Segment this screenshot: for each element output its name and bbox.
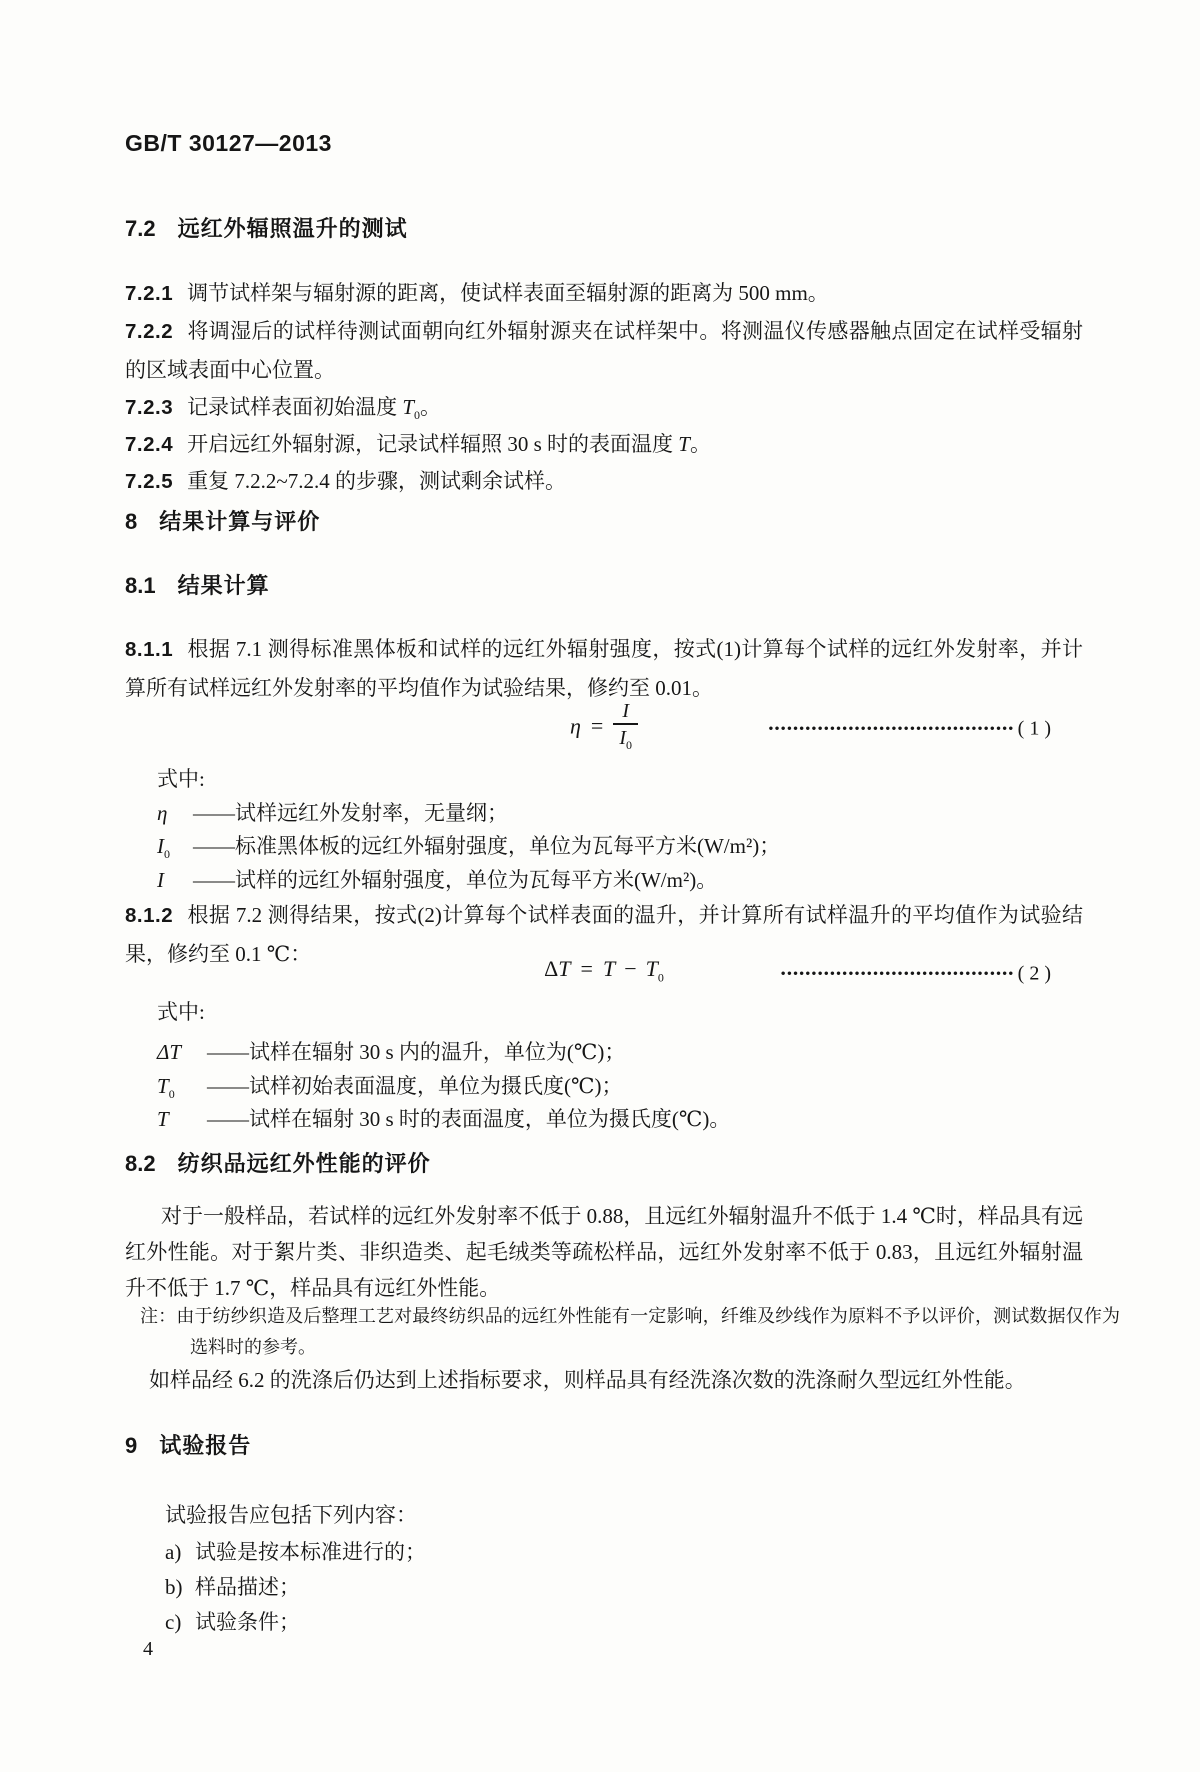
clause-7-2-3-period: 。 bbox=[420, 395, 441, 419]
report-item-b-text: 样品描述； bbox=[195, 1575, 300, 1599]
standard-number-header: GB/T 30127—2013 bbox=[125, 130, 1083, 156]
note-label: 注： bbox=[140, 1306, 176, 1326]
where-label-1: 式中: bbox=[125, 763, 1115, 795]
fraction-denominator-I0: I0 bbox=[613, 723, 638, 758]
heading-8-number: 8 bbox=[125, 509, 137, 534]
var-T0: T bbox=[157, 1074, 169, 1098]
var-I0-subscript: 0 bbox=[626, 738, 632, 752]
formula-2-expression: ΔT=T−T0 bbox=[544, 950, 664, 996]
definition-deltaT-symbol: ΔT bbox=[157, 1036, 207, 1069]
report-item-c-label: c) bbox=[165, 1605, 195, 1639]
report-item-b: b)样品描述； bbox=[125, 1570, 1123, 1604]
heading-7-2: 7.2远红外辐照温升的测试 bbox=[125, 215, 1083, 243]
definition-T-symbol: T bbox=[157, 1103, 207, 1136]
heading-7-2-title: 远红外辐照温升的测试 bbox=[178, 216, 408, 241]
definition-I0-text: ——标准黑体板的远红外辐射强度，单位为瓦每平方米(W/m²)； bbox=[193, 834, 780, 858]
clause-7-2-3-number: 7.2.3 bbox=[125, 396, 173, 419]
document-page: GB/T 30127—2013 7.2远红外辐照温升的测试 7.2.1调节试样架… bbox=[0, 0, 1200, 1772]
clause-7-2-4-number: 7.2.4 bbox=[125, 433, 173, 456]
heading-8-2-number: 8.2 bbox=[125, 1151, 156, 1176]
definition-I0: I0——标准黑体板的远红外辐射强度，单位为瓦每平方米(W/m²)； bbox=[125, 830, 1115, 863]
equals-sign: = bbox=[581, 956, 593, 981]
var-I0-subscript: 0 bbox=[164, 847, 170, 861]
leader-dots: •••••••••••••••••••••••••••••••••••••• bbox=[781, 966, 1015, 981]
paragraph-8-2: 对于一般样品，若试样的远红外发射率不低于 0.88，且远红外辐射温升不低于 1.… bbox=[125, 1198, 1083, 1306]
definition-eta: η——试样远红外发射率，无量纲； bbox=[125, 797, 1115, 830]
clause-7-2-5: 7.2.5重复 7.2.2~7.2.4 的步骤，测试剩余试样。 bbox=[125, 462, 1083, 501]
var-T: T bbox=[678, 432, 690, 456]
heading-8: 8结果计算与评价 bbox=[125, 508, 1083, 536]
clause-8-1-1: 8.1.1根据 7.1 测得标准黑体板和试样的远红外辐射强度，按式(1)计算每个… bbox=[125, 630, 1083, 707]
heading-7-2-number: 7.2 bbox=[125, 216, 156, 241]
clause-7-2-1: 7.2.1调节试样架与辐射源的距离，使试样表面至辐射源的距离为 500 mm。 bbox=[125, 274, 1083, 313]
heading-8-2-title: 纺织品远红外性能的评价 bbox=[178, 1151, 431, 1176]
report-intro: 试验报告应包括下列内容： bbox=[125, 1498, 1123, 1532]
heading-9: 9试验报告 bbox=[125, 1432, 1083, 1460]
clause-7-2-5-number: 7.2.5 bbox=[125, 470, 173, 493]
heading-8-1-number: 8.1 bbox=[125, 573, 156, 598]
var-T0: T bbox=[646, 956, 658, 981]
delta-symbol: Δ bbox=[544, 956, 558, 981]
heading-8-title: 结果计算与评价 bbox=[159, 509, 320, 534]
var-T0: T bbox=[402, 395, 414, 419]
definition-I-text: ——试样的远红外辐射强度，单位为瓦每平方米(W/m²)。 bbox=[193, 868, 717, 892]
clause-7-2-2: 7.2.2将调湿后的试样待测试面朝向红外辐射源夹在试样架中。将测温仪传感器触点固… bbox=[125, 312, 1083, 389]
clause-7-2-4-period: 。 bbox=[690, 432, 711, 456]
fraction-numerator-I: I bbox=[613, 699, 638, 723]
definition-T-text: ——试样在辐射 30 s 时的表面温度，单位为摄氏度(℃)。 bbox=[207, 1107, 730, 1131]
clause-8-1-1-text: 根据 7.1 测得标准黑体板和试样的远红外辐射强度，按式(1)计算每个试样的远红… bbox=[125, 637, 1083, 700]
report-item-a: a)试验是按本标准进行的； bbox=[125, 1535, 1123, 1569]
formula-1-label: ( 1 ) bbox=[1018, 718, 1051, 740]
definition-T0: T0——试样初始表面温度，单位为摄氏度(℃)； bbox=[125, 1070, 1115, 1103]
definition-deltaT-text: ——试样在辐射 30 s 内的温升，单位为(℃)； bbox=[207, 1040, 625, 1064]
heading-8-2: 8.2纺织品远红外性能的评价 bbox=[125, 1150, 1083, 1178]
definition-I-symbol: I bbox=[157, 864, 193, 897]
heading-8-1: 8.1结果计算 bbox=[125, 572, 1083, 600]
clause-7-2-4: 7.2.4开启远红外辐射源，记录试样辐照 30 s 时的表面温度 T。 bbox=[125, 425, 1083, 464]
clause-7-2-4-text: 开启远红外辐射源，记录试样辐照 30 s 时的表面温度 bbox=[187, 432, 678, 456]
report-item-a-label: a) bbox=[165, 1535, 195, 1569]
formula-1-leader: ••••••••••••••••••••••••••••••••••••••••… bbox=[769, 709, 1051, 748]
clause-7-2-5-text: 重复 7.2.2~7.2.4 的步骤，测试剩余试样。 bbox=[187, 469, 566, 493]
formula-2-label: ( 2 ) bbox=[1018, 963, 1051, 985]
var-T0-subscript: 0 bbox=[169, 1087, 175, 1101]
report-item-c: c)试验条件； bbox=[125, 1605, 1123, 1639]
formula-2-leader: ••••••••••••••••••••••••••••••••••••••( … bbox=[781, 954, 1051, 993]
formula-2: ΔT=T−T0 ••••••••••••••••••••••••••••••••… bbox=[125, 956, 1083, 990]
var-eta: η bbox=[570, 713, 581, 738]
definition-deltaT: ΔT——试样在辐射 30 s 内的温升，单位为(℃)； bbox=[125, 1036, 1115, 1069]
note-8-2: 注：由于纺纱织造及后整理工艺对最终纺织品的远红外性能有一定影响，纤维及纱线作为原… bbox=[140, 1301, 1120, 1363]
clause-7-2-1-text: 调节试样架与辐射源的距离，使试样表面至辐射源的距离为 500 mm。 bbox=[187, 281, 829, 305]
page-number: 4 bbox=[143, 1636, 153, 1662]
fraction-I-over-I0: II0 bbox=[613, 699, 638, 758]
equals-sign: = bbox=[591, 713, 603, 738]
formula-1: η=II0 ••••••••••••••••••••••••••••••••••… bbox=[125, 697, 1083, 759]
clause-7-2-1-number: 7.2.1 bbox=[125, 282, 173, 305]
clause-8-1-2-number: 8.1.2 bbox=[125, 904, 173, 927]
note-text: 由于纺纱织造及后整理工艺对最终纺织品的远红外性能有一定影响，纤维及纱线作为原料不… bbox=[176, 1306, 1120, 1357]
var-T: T bbox=[603, 956, 615, 981]
report-item-a-text: 试验是按本标准进行的； bbox=[195, 1540, 426, 1564]
heading-9-title: 试验报告 bbox=[159, 1433, 251, 1458]
var-I0: I bbox=[619, 727, 626, 749]
heading-9-number: 9 bbox=[125, 1433, 137, 1458]
definition-I: I——试样的远红外辐射强度，单位为瓦每平方米(W/m²)。 bbox=[125, 864, 1115, 897]
var-T0-subscript: 0 bbox=[658, 970, 664, 984]
paragraph-8-2-washing: 如样品经 6.2 的洗涤后仍达到上述指标要求，则样品具有经洗涤次数的洗涤耐久型远… bbox=[125, 1362, 1107, 1398]
clause-7-2-3-text: 记录试样表面初始温度 bbox=[187, 395, 402, 419]
definition-eta-text: ——试样远红外发射率，无量纲； bbox=[193, 801, 508, 825]
leader-dots: •••••••••••••••••••••••••••••••••••••••• bbox=[769, 721, 1015, 736]
heading-8-1-title: 结果计算 bbox=[178, 573, 270, 598]
definition-T0-text: ——试样初始表面温度，单位为摄氏度(℃)； bbox=[207, 1074, 622, 1098]
report-item-b-label: b) bbox=[165, 1570, 195, 1604]
report-item-c-text: 试验条件； bbox=[195, 1610, 300, 1634]
minus-sign: − bbox=[624, 956, 636, 981]
var-I0: I bbox=[157, 834, 164, 858]
var-T-delta: T bbox=[558, 956, 570, 981]
definition-eta-symbol: η bbox=[157, 797, 193, 830]
clause-7-2-2-number: 7.2.2 bbox=[125, 320, 173, 343]
clause-8-1-1-number: 8.1.1 bbox=[125, 638, 173, 661]
where-label-2: 式中: bbox=[125, 996, 1115, 1028]
formula-1-expression: η=II0 bbox=[570, 699, 638, 758]
clause-7-2-2-text: 将调湿后的试样待测试面朝向红外辐射源夹在试样架中。将测温仪传感器触点固定在试样受… bbox=[125, 319, 1083, 382]
definition-T: T——试样在辐射 30 s 时的表面温度，单位为摄氏度(℃)。 bbox=[125, 1103, 1115, 1136]
